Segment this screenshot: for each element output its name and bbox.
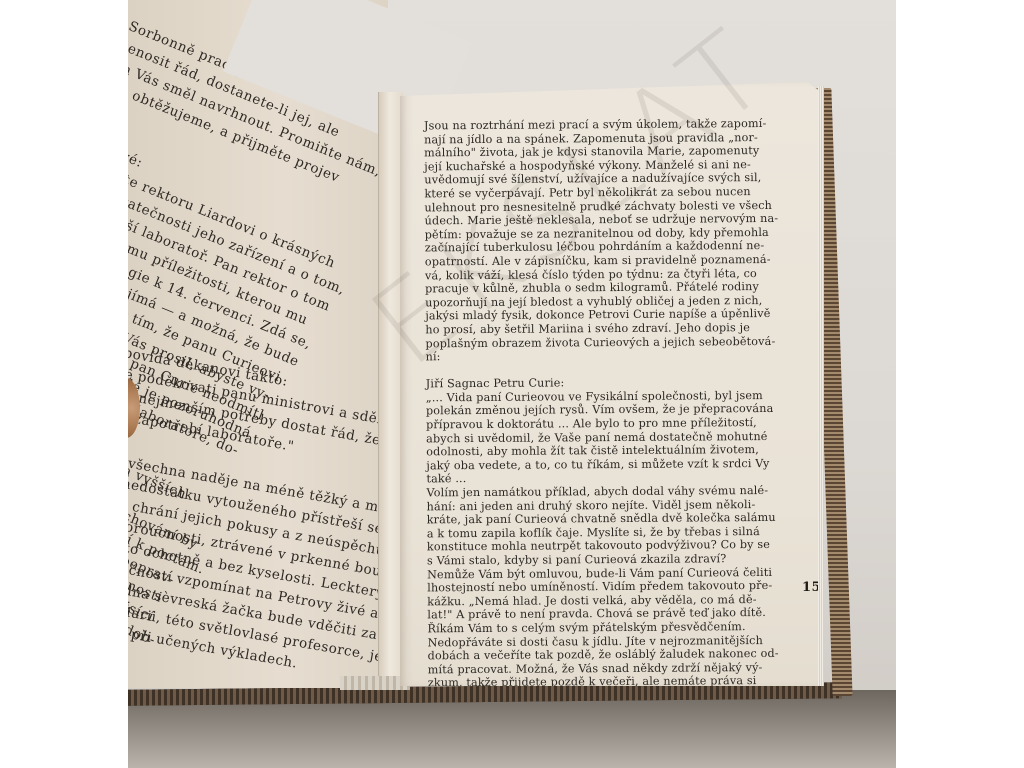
text-line: konstituce mohla neutrpět takovouto podv… [427, 538, 817, 554]
page-edges [818, 86, 824, 686]
text-line: Volím jen namátkou příklad, abych dodal … [426, 484, 816, 500]
book-gutter [378, 92, 403, 688]
letter-body: „... Vida paní Curieovou ve Fysikální sp… [426, 389, 818, 718]
text-line: jakýsi mladý fysik, dokonce Petrovi Curi… [425, 307, 815, 323]
right-page: Jsou na roztrhání mezi prací a svým úkol… [400, 82, 824, 686]
paragraph-intro: Jsou na roztrhání mezi prací a svým úkol… [424, 117, 816, 364]
left-page-text-lower: odpovídá děkanovi takto:ačte poděkovati … [128, 340, 388, 688]
text-line: poplašným obrazem života Curieových a je… [425, 334, 815, 350]
right-page-text: Jsou na roztrhání mezi prací a svým úkol… [424, 117, 818, 718]
spine-binding [340, 676, 410, 690]
page-number: 159 [802, 580, 831, 595]
text-line: málního" života, jak je kdysi stanovila … [424, 144, 814, 160]
text-line: uvědomují své šílenství, užívajíce a nad… [424, 171, 814, 187]
text-line: lat!" A právě to není pravda. Chová se p… [427, 606, 817, 622]
text-line: polekán změnou jejích rysů. Vím ovšem, ž… [426, 402, 816, 418]
text-line: lhostejností nebo umíněností. Vidím před… [427, 579, 817, 595]
book-photo: ce se, jak my na Sorbonně pracujeme. Ovš… [128, 0, 896, 768]
